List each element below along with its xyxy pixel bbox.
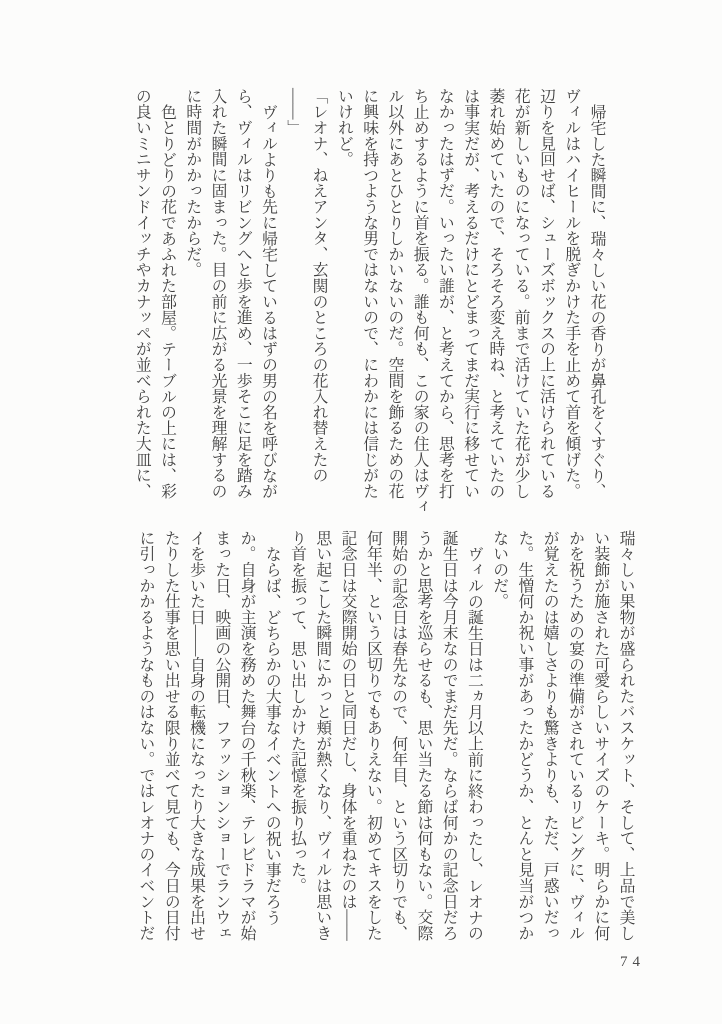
text-column: 辺りを見回せば、シューズボックスの上に活けられている xyxy=(533,88,558,504)
text-column: 誕生日は今月末なのでまだ先だ。ならば何かの記念日だろ xyxy=(436,530,461,946)
text-column: り首を振って、思い出しかけた記憶を振り払った。 xyxy=(284,530,309,946)
text-column: かを祝うための宴の準備がされているリビングに、ヴィル xyxy=(562,530,587,946)
text-column: 入れた瞬間に固まった。目の前に広がる光景を理解するの xyxy=(205,88,230,504)
text-column: ヴィルの誕生日は二ヵ月以上前に終わったし、レオナの xyxy=(461,530,486,946)
page-number: 74 xyxy=(620,954,645,971)
text-column: イを歩いた日――自身の転機になったり大きな成果を出せ xyxy=(183,530,208,946)
text-column: うかと思考を巡らせるも、思い当たる節は何もない。交際 xyxy=(411,530,436,946)
text-column: が覚えたのは嬉しさよりも驚きよりも、ただ、戸惑いだっ xyxy=(537,530,562,946)
text-column: 萎れ始めていたので、そろそろ変え時ね、と考えていたの xyxy=(483,88,508,504)
text-column: 何年半、という区切りでもありえない。初めてキスをした xyxy=(360,530,385,946)
text-column: ち止めするように首を振る。誰も何も、この家の住人はヴィ xyxy=(407,88,432,504)
text-column: 記念日は交際開始の日と同日だし、身体を重ねたのは―― xyxy=(335,530,360,946)
text-column: ヴィルよりも先に帰宅しているはずの男の名を呼びなが xyxy=(255,88,280,504)
text-column: 帰宅した瞬間に、瑞々しい花の香りが鼻孔をくすぐり、 xyxy=(584,88,609,504)
text-column: いけれど。 xyxy=(331,88,356,504)
text-column: か。自身が主演を務めた舞台の千秋楽、テレビドラマが始 xyxy=(234,530,259,946)
text-column: ヴィルはハイヒールを脱ぎかけた手を止めて首を傾げた。 xyxy=(558,88,583,504)
text-column: まった日、映画の公開日、ファッションショーでランウェ xyxy=(208,530,233,946)
top-text-block: 帰宅した瞬間に、瑞々しい花の香りが鼻孔をくすぐり、ヴィルはハイヒールを脱ぎかけた… xyxy=(129,88,609,504)
text-column: 思い起こした瞬間にかっと頬が熱くなり、ヴィルは思いき xyxy=(310,530,335,946)
text-column: に時間がかかったからだ。 xyxy=(179,88,204,504)
bottom-text-block: 瑞々しい果物が盛られたバスケット、そして、上品で美しい装飾が施された可愛らしいサ… xyxy=(133,530,638,946)
text-column: の良いミニサンドイッチやカナッペが並べられた大皿に、 xyxy=(129,88,154,504)
text-column: 色とりどりの花であふれた部屋。テーブルの上には、彩 xyxy=(154,88,179,504)
text-column: ないのだ。 xyxy=(486,530,511,946)
document-page: 帰宅した瞬間に、瑞々しい花の香りが鼻孔をくすぐり、ヴィルはハイヒールを脱ぎかけた… xyxy=(0,0,722,1024)
text-column: に興味を持つような男ではないので、にわかには信じがた xyxy=(356,88,381,504)
text-column: ル以外にあとひとりしかいないのだ。空間を飾るための花 xyxy=(382,88,407,504)
text-column: 花が新しいものになっている。前まで活けていた花が少し xyxy=(508,88,533,504)
text-column: 「レオナ、ねえアンタ、玄関のところの花入れ替えたの xyxy=(306,88,331,504)
text-column: 開始の記念日は春先なので、何年目、という区切りでも、 xyxy=(385,530,410,946)
text-column: ならば、どちらかの大事なイベントへの祝い事だろう xyxy=(259,530,284,946)
text-column: た。生憎何か祝い事があったかどうか、とんと見当がつか xyxy=(512,530,537,946)
text-column: ――」 xyxy=(281,88,306,504)
text-column: ら、ヴィルはリビングへと歩を進め、一歩そこに足を踏み xyxy=(230,88,255,504)
text-column: い装飾が施された可愛らしいサイズのケーキ。明らかに何 xyxy=(587,530,612,946)
text-column: なかったはずだ。いったい誰が、と考えてから、思考を打 xyxy=(432,88,457,504)
text-column: は事実だが、考えるだけにとどまってまだ実行に移せてい xyxy=(457,88,482,504)
text-column: に引っかかるようなものはない。ではレオナのイベントだ xyxy=(133,530,158,946)
text-column: 瑞々しい果物が盛られたバスケット、そして、上品で美し xyxy=(613,530,638,946)
text-column: たりした仕事を思い出せる限り並べて見ても、今日の日付 xyxy=(158,530,183,946)
